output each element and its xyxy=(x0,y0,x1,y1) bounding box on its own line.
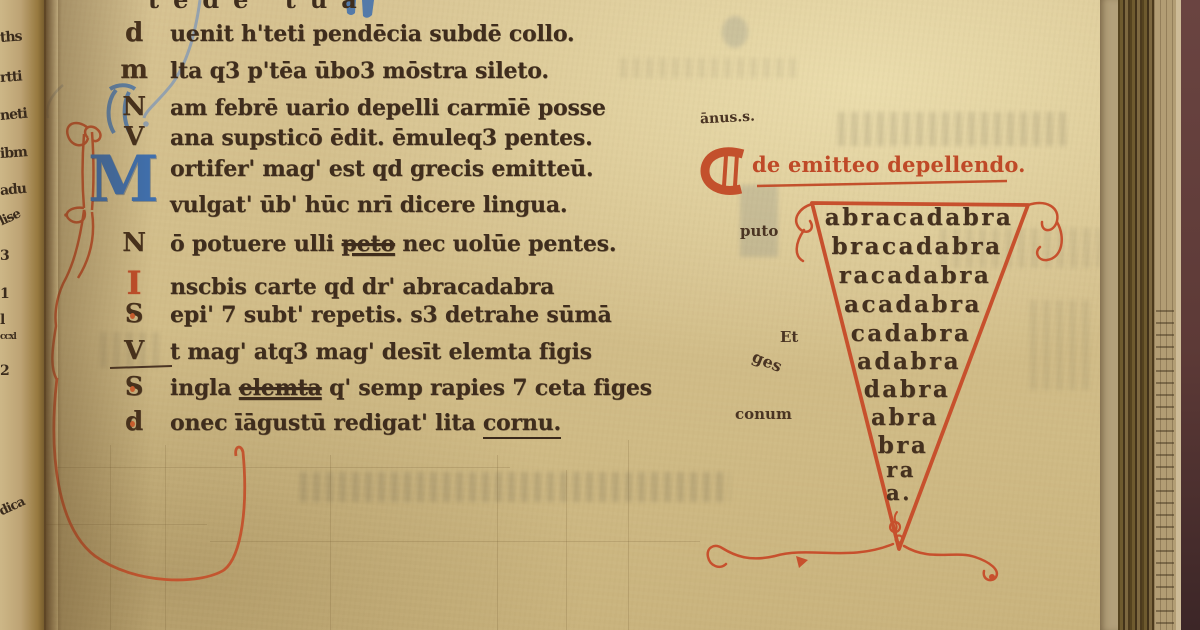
verse-line: Singla elemta q' semp rapies 7 ceta fige… xyxy=(106,372,826,404)
edge-text-fragment: 2 xyxy=(0,363,9,379)
fore-edge-light-band xyxy=(1154,0,1176,630)
triangle-row: dabra xyxy=(787,376,1027,403)
manuscript-photo: tedē tuā duenit h'teti pendēcia subdē co… xyxy=(0,0,1200,630)
bleedthrough-smudge xyxy=(838,112,1068,146)
edge-text-fragment: adu xyxy=(0,181,27,199)
margin-note: puto xyxy=(740,222,778,240)
underlined-word: cornu. xyxy=(483,410,561,439)
ruling-line xyxy=(566,470,567,630)
line-text: am febrē uario depelli carmīē posse xyxy=(170,95,606,121)
gutter-neighbour-page: ths rtti neti ibm adu lise 3 1 l ccxl 2 … xyxy=(0,0,46,630)
line-text: ana supsticō ēdit. ēmuleq3 pentes. xyxy=(170,125,593,151)
bleedthrough-smudge xyxy=(300,472,730,502)
gutter-shadow xyxy=(58,0,153,630)
edge-text-fragment: 3 xyxy=(0,248,9,264)
triangle-row: abracadabra xyxy=(799,204,1039,231)
ruling-line xyxy=(210,541,700,542)
line-text: nscbis carte qd dr' abracadabra xyxy=(170,274,554,300)
verse-line: Inscbis carte qd dr' abracadabra xyxy=(106,264,826,296)
ruling-line xyxy=(628,440,629,630)
verse-line: vulgat' ūb' hūc nrī dicere lingua. xyxy=(106,192,826,224)
fore-edge-ticks xyxy=(1156,310,1174,630)
expunged-word: elemta xyxy=(239,375,322,401)
line-text: lta q3 p'tēa ūbo3 mōstra sileto. xyxy=(170,58,549,84)
triangle-row: a. xyxy=(779,480,1019,505)
edge-text-fragment: neti xyxy=(0,106,27,124)
edge-text-fragment: rtti xyxy=(0,69,22,86)
page-edge xyxy=(1100,0,1118,630)
line-text: ortifer' mag' est qd grecis emitteū. xyxy=(170,156,593,182)
verse-line: donec īāgustū redigat' lita cornu. xyxy=(106,407,826,439)
line-text: ingla xyxy=(170,375,239,401)
edge-text-fragment: ths xyxy=(0,29,22,46)
verse-line: ortifer' mag' est qd grecis emitteū. xyxy=(106,156,826,188)
line-text: onec īāgustū redigat' lita xyxy=(170,410,483,436)
triangle-row: racadabra xyxy=(795,262,1035,289)
margin-note: ānus.s. xyxy=(700,109,756,128)
ruling-line xyxy=(497,455,498,630)
edge-text-fragment: l xyxy=(0,312,4,328)
line-text: q' semp rapies 7 ceta figes xyxy=(322,375,652,401)
edge-text-fragment: ccxl xyxy=(0,332,16,342)
triangle-row: acadabra xyxy=(793,291,1033,318)
triangle-row: abra xyxy=(785,404,1025,431)
edge-text-fragment: 1 xyxy=(0,286,9,302)
rubric-heading: de emitteo depellendo. xyxy=(752,152,1026,177)
triangle-row: ra xyxy=(781,457,1021,482)
triangle-row: bra xyxy=(783,432,1023,459)
verse-line: Nō potuere ulli peto nec uolūe pentes. xyxy=(106,228,826,260)
fore-edge-dark-stripes xyxy=(1118,0,1154,630)
edge-text-fragment: lise xyxy=(0,207,23,230)
margin-note: conum xyxy=(735,405,792,423)
verse-line: Vana supsticō ēdit. ēmuleq3 pentes. xyxy=(106,122,826,154)
verse-line: Vt mag' atq3 mag' desīt elemta figis xyxy=(106,336,826,368)
book-cover-edge xyxy=(1181,0,1200,630)
verse-line: mlta q3 p'tēa ūbo3 mōstra sileto. xyxy=(106,55,826,87)
triangle-row: cadabra xyxy=(791,320,1031,347)
triangle-row: bracadabra xyxy=(797,233,1037,260)
edge-text-fragment: ibm xyxy=(0,144,27,162)
verse-line: duenit h'teti pendēcia subdē collo. xyxy=(106,18,826,50)
line-text: ō potuere ulli xyxy=(170,231,342,257)
cut-off-text: tedē tuā xyxy=(148,0,371,12)
line-text: vulgat' ūb' hūc nrī dicere lingua. xyxy=(170,192,567,218)
ruling-line xyxy=(165,445,166,630)
cut-off-top-line: tedē tuā xyxy=(148,0,628,12)
line-text: t mag' atq3 mag' desīt elemta figis xyxy=(170,339,592,365)
expunged-word: peto xyxy=(342,231,395,257)
line-text: nec uolūe pentes. xyxy=(395,231,616,257)
verse-line: Sepi' 7 subt' repetis. s3 detrahe sūmā xyxy=(106,299,826,331)
line-text: uenit h'teti pendēcia subdē collo. xyxy=(170,21,574,47)
edge-text-fragment: dica xyxy=(0,495,27,520)
ruling-line xyxy=(330,455,331,630)
bleedthrough-smudge xyxy=(1030,300,1090,390)
triangle-row: adabra xyxy=(789,348,1029,375)
line-text: epi' 7 subt' repetis. s3 detrahe sūmā xyxy=(170,302,612,328)
